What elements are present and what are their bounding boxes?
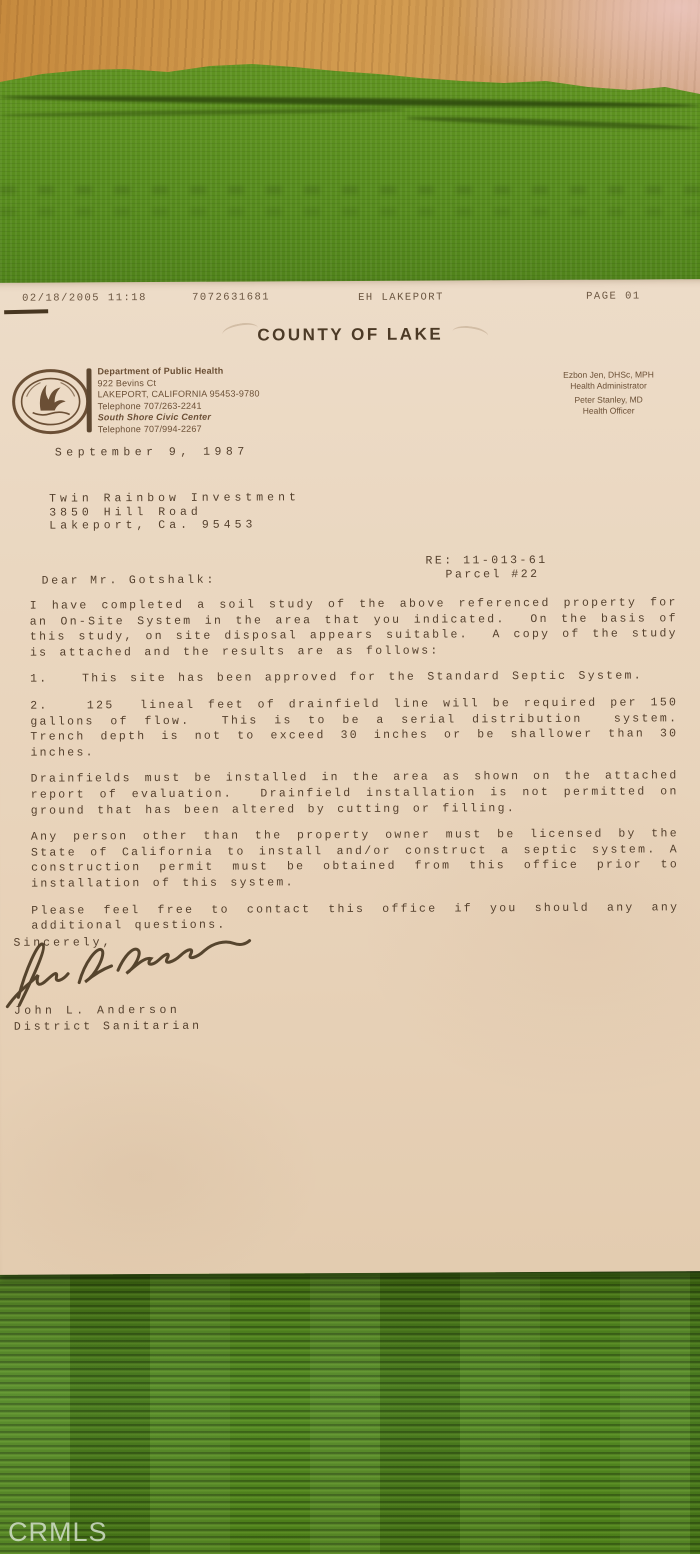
department-name: Department of Public Health [97,365,259,377]
towel-knit-texture [0,186,700,194]
reference-block: RE: 11-013-61 Parcel #22 [425,554,547,583]
towel-seam [0,94,700,110]
towel-seam [406,115,700,131]
towel-knit-texture [0,208,700,216]
signer-title: District Sanitarian [14,1020,202,1034]
fax-margin-mark [4,309,48,313]
fax-number: 7072631681 [192,291,270,303]
branch-name: South Shore Civic Center [98,411,260,423]
paragraph: I have completed a soil study of the abo… [30,595,678,661]
letter-document: 02/18/2005 11:18 7072631681 EH LAKEPORT … [0,279,700,1275]
fax-datetime: 02/18/2005 11:18 [22,292,147,305]
recipient-line: Lakeport, Ca. 95453 [49,518,300,533]
county-of-lake-seal-icon [10,366,90,436]
official-title: Health Officer [517,405,700,417]
phone-line: Telephone 707/263-2241 [98,400,260,412]
recipient-line: Twin Rainbow Investment [49,491,300,506]
fax-page-number: PAGE 01 [586,290,641,302]
address-line: 922 Bevins Ct [98,377,260,389]
signer-name: John L. Anderson [14,1004,180,1018]
officials-block: Ezbon Jen, DHSc, MPH Health Administrato… [516,369,700,417]
salutation: Dear Mr. Gotshalk: [42,574,217,588]
branch-phone: Telephone 707/994-2267 [98,423,260,435]
letterhead-address-block: Department of Public Health 922 Bevins C… [97,365,259,435]
letter-date: September 9, 1987 [55,446,249,460]
recipient-line: 3850 Hill Road [49,505,300,520]
crmls-watermark: CRMLS [8,1517,108,1548]
handwritten-signature [3,929,273,1010]
recipient-address-block: Twin Rainbow Investment 3850 Hill Road L… [49,491,300,533]
paragraph: Drainfields must be installed in the are… [31,769,679,819]
numbered-item: 1. This site has been approved for the S… [30,669,678,688]
paragraph: Any person other than the property owner… [31,826,679,892]
letterhead-divider-bar [86,368,91,432]
numbered-item: 2. 125 lineal feet of drainfield line wi… [30,695,678,761]
reference-number: RE: 11-013-61 [425,554,547,569]
towel-seam [0,107,406,118]
parcel-number: Parcel #22 [446,568,548,583]
letter-body: I have completed a soil study of the abo… [30,595,680,945]
letter-title: COUNTY OF LAKE [0,323,700,347]
address-line: LAKEPORT, CALIFORNIA 95453-9780 [98,388,260,400]
fax-station: EH LAKEPORT [358,292,444,304]
green-towel-bottom [0,1256,700,1554]
